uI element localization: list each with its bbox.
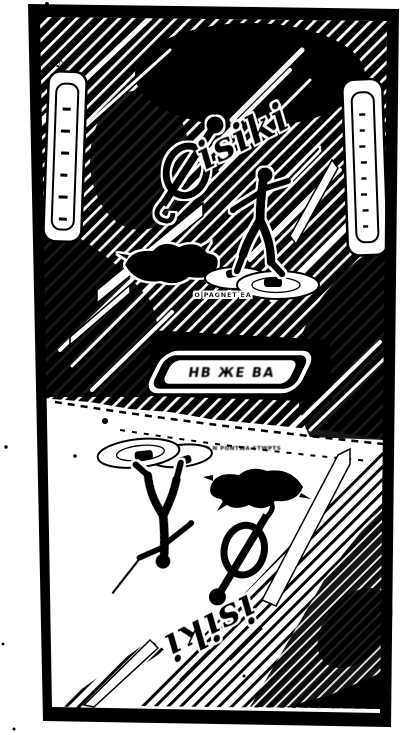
caption-under-dancer: O PAGNET EA [194, 291, 251, 299]
right-sign-panel: ♪ ♪ [341, 62, 388, 256]
poster-scan: ♪ ♪ ♪ ♪ isiki O [0, 0, 416, 735]
banner-text: НВ ЖЕ ВА [187, 366, 276, 381]
left-sign-panel: ♪ ♪ [43, 53, 88, 243]
note-icon: ♪ [354, 62, 359, 71]
scanned-poster-page: ♪ ♪ ♪ ♪ isiki O [0, 0, 416, 735]
top-scene: ♪ ♪ ♪ ♪ isiki O [40, 17, 388, 462]
